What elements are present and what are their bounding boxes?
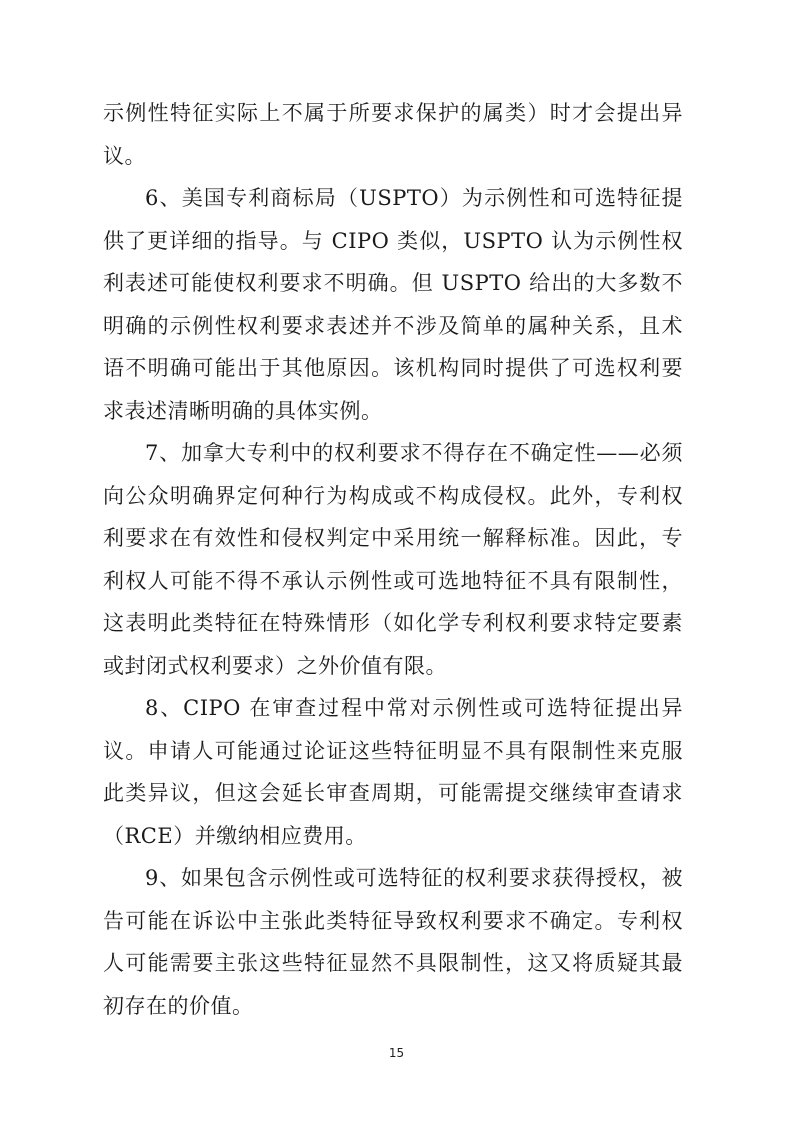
document-page: 示例性特征实际上不属于所要求保护的属类）时才会提出异议。 6、美国专利商标局（U…	[0, 0, 793, 1122]
paragraph-item-8: 8、CIPO 在审查过程中常对示例性或可选特征提出异议。申请人可能通过论证这些特…	[103, 687, 683, 857]
paragraph-item-6: 6、美国专利商标局（USPTO）为示例性和可选特征提供了更详细的指导。与 CIP…	[103, 177, 683, 432]
document-body: 示例性特征实际上不属于所要求保护的属类）时才会提出异议。 6、美国专利商标局（U…	[103, 92, 683, 1027]
paragraph-item-9: 9、如果包含示例性或可选特征的权利要求获得授权，被告可能在诉讼中主张此类特征导致…	[103, 857, 683, 1027]
page-footer: 15	[0, 1042, 793, 1061]
paragraph-item-7: 7、加拿大专利中的权利要求不得存在不确定性——必须向公众明确界定何种行为构成或不…	[103, 432, 683, 687]
paragraph-continuation: 示例性特征实际上不属于所要求保护的属类）时才会提出异议。	[103, 92, 683, 177]
page-number: 15	[389, 1046, 404, 1060]
